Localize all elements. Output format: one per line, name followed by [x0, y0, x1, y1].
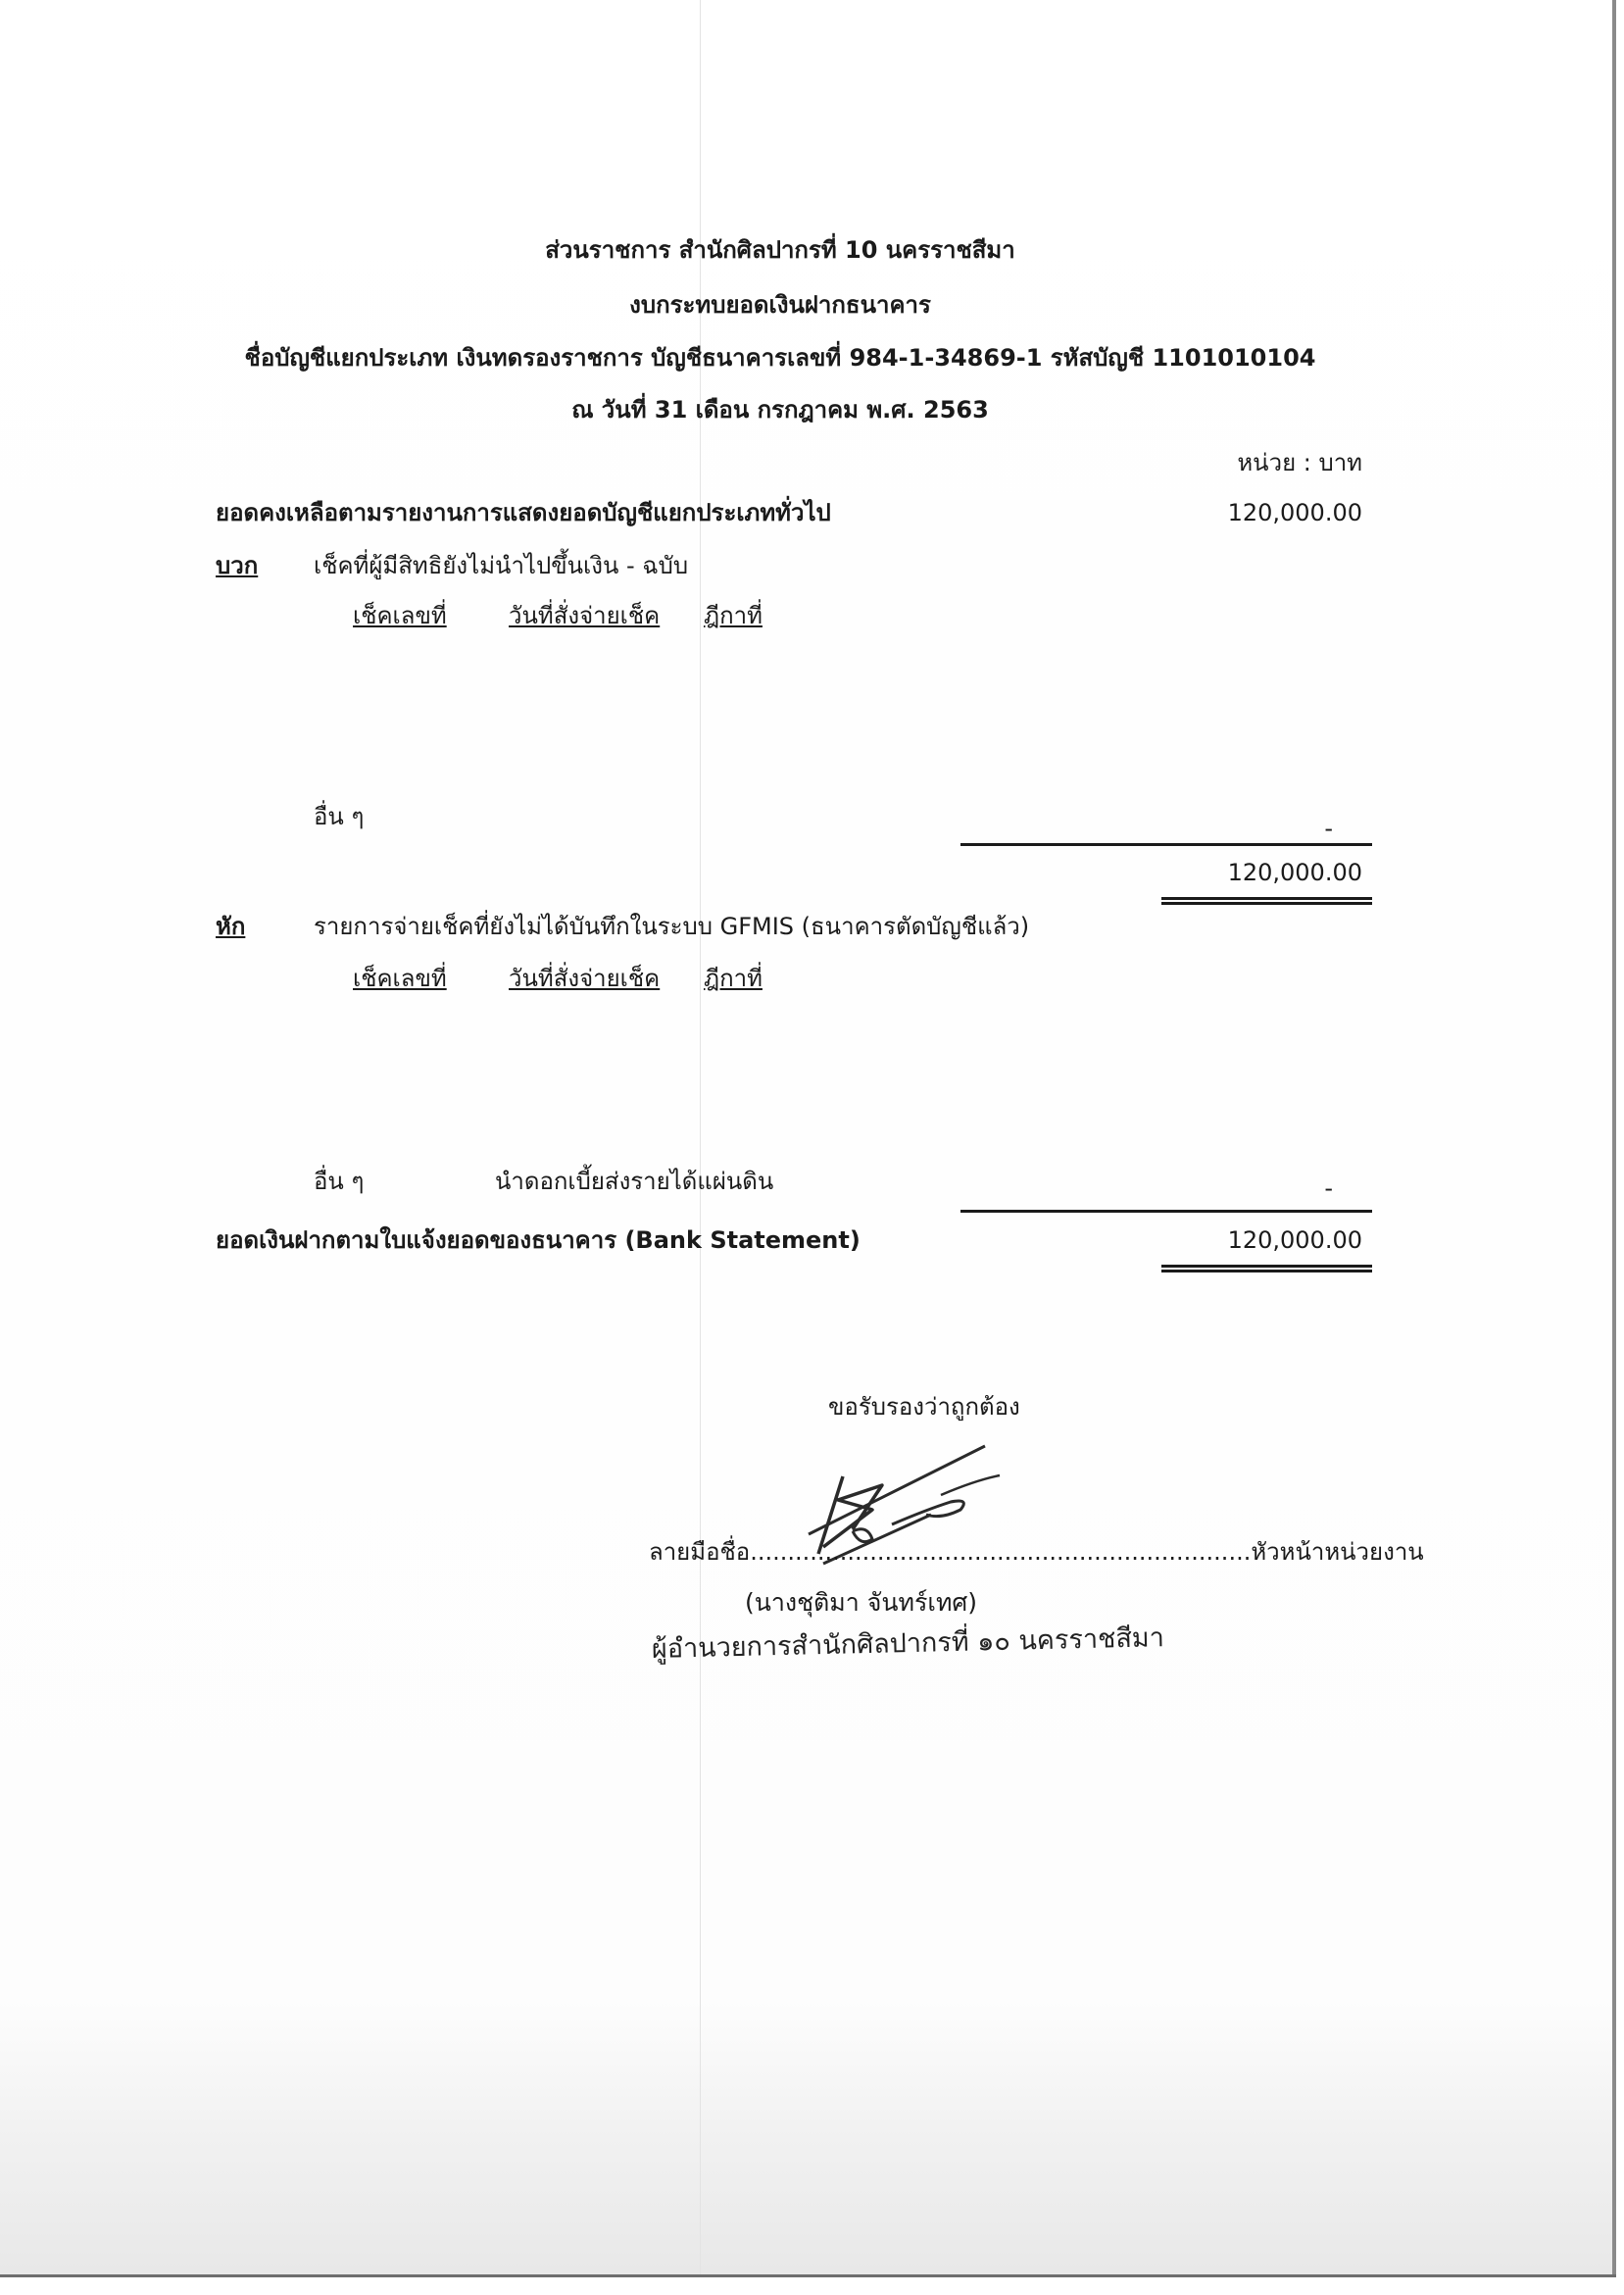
add-col-check-date: วันที่สั่งจ่ายเช็ค: [509, 601, 660, 630]
deduct-other-amount: -: [1156, 1173, 1333, 1203]
signature-prefix: ลายมือชื่อ: [649, 1538, 750, 1566]
bank-statement-label: ยอดเงินฝากตามใบแจ้งยอดของธนาคาร (Bank St…: [216, 1225, 861, 1255]
add-description: เช็คที่ผู้มีสิทธิยังไม่นำไปขึ้นเงิน - ฉบ…: [314, 551, 688, 580]
deduct-col-check-date: วันที่สั่งจ่ายเช็ค: [509, 964, 660, 993]
add-other-label: อื่น ๆ: [314, 802, 364, 831]
subtotal-double-rule: [1161, 897, 1372, 905]
deduct-other-note: นำดอกเบี้ยส่งรายได้แผ่นดิน: [495, 1167, 773, 1196]
subtotal-rule: [960, 843, 1372, 846]
page-fold-line: [700, 0, 701, 2274]
deduct-col-voucher-number: ฎีกาที่: [704, 964, 763, 993]
ledger-balance-label: ยอดคงเหลือตามรายงานการแสดงยอดบัญชีแยกประ…: [216, 498, 831, 527]
add-col-voucher-number: ฎีกาที่: [704, 601, 763, 630]
deduct-other-label: อื่น ๆ: [314, 1167, 364, 1196]
account-info-line: ชื่อบัญชีแยกประเภท เงินทดรองราชการ บัญชี…: [245, 343, 1316, 373]
bank-statement-amount: 120,000.00: [1156, 1225, 1362, 1255]
add-other-amount: -: [1156, 814, 1333, 843]
deduct-description: รายการจ่ายเช็คที่ยังไม่ได้บันทึกในระบบ G…: [314, 912, 1029, 941]
add-subtotal-amount: 120,000.00: [1156, 858, 1362, 887]
add-label: บวก: [216, 551, 258, 580]
scan-edge-right: [1612, 0, 1616, 2276]
agency-heading: ส่วนราชการ สำนักศิลปากรที่ 10 นครราชสีมา: [545, 235, 1014, 265]
ledger-balance-amount: 120,000.00: [1156, 498, 1362, 527]
signature-line: ลายมือชื่อ..............................…: [649, 1537, 1424, 1567]
total-double-rule: [1161, 1265, 1372, 1272]
signature-title: หัวหน้าหน่วยงาน: [1251, 1538, 1423, 1566]
deduct-col-check-number: เช็คเลขที่: [353, 964, 447, 993]
deduct-label: หัก: [216, 912, 245, 941]
scanned-page: [0, 0, 1612, 2274]
add-col-check-number: เช็คเลขที่: [353, 601, 447, 630]
signature-dots: ........................................…: [750, 1538, 1251, 1566]
scan-edge-bottom: [0, 2274, 1616, 2277]
document-title: งบกระทบยอดเงินฝากธนาคาร: [629, 290, 931, 320]
signer-name: (นางชุติมา จันทร์เทศ): [745, 1588, 977, 1618]
as-of-date-line: ณ วันที่ 31 เดือน กรกฎาคม พ.ศ. 2563: [571, 395, 989, 424]
total-rule: [960, 1210, 1372, 1213]
certification-statement: ขอรับรองว่าถูกต้อง: [828, 1392, 1020, 1422]
unit-label: หน่วย : บาท: [1156, 448, 1362, 477]
